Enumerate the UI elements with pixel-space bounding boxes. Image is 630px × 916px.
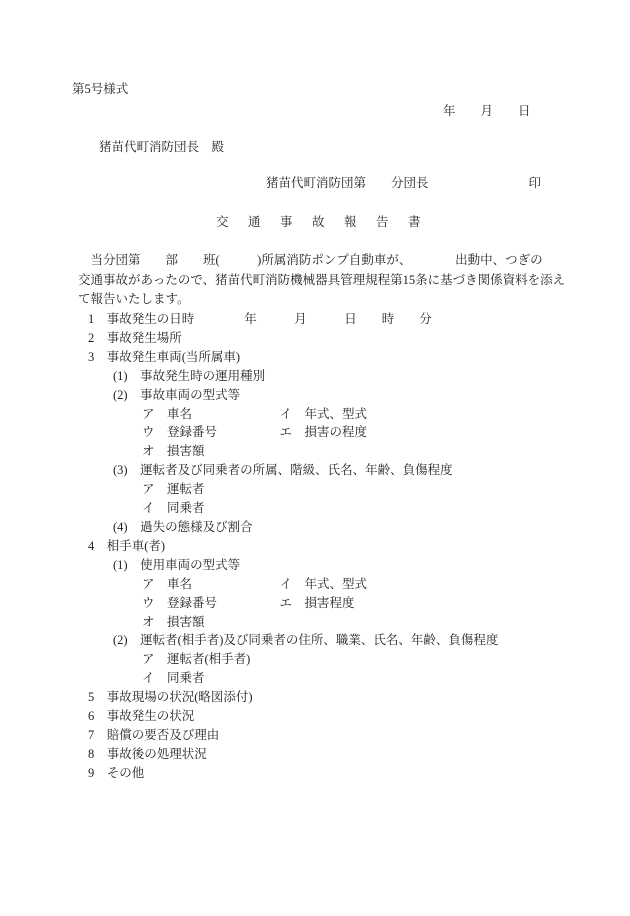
report-subitem: (3) 運転者及び同乗者の所属、階級、氏名、年齢、負傷程度 bbox=[88, 461, 498, 480]
intro-paragraph: 当分団第 部 班( )所属消防ポンプ自動車が、 出動中、つぎの 交通事故があった… bbox=[78, 251, 565, 310]
report-subsubitem: オ 損害額 bbox=[88, 442, 498, 461]
sender-signature-line: 猪苗代町消防団第 分団長 印 bbox=[266, 176, 541, 191]
date-blank-line: 年 月 日 bbox=[443, 104, 531, 119]
report-subitem: (2) 事故車両の型式等 bbox=[88, 386, 498, 405]
report-subsubitem: ア 運転者 bbox=[88, 480, 498, 499]
report-subitem: (1) 事故発生時の運用種別 bbox=[88, 367, 498, 386]
intro-line: 交通事故があったので、猪苗代町消防機械器具管理規程第15条に基づき関係資料を添え bbox=[78, 271, 565, 291]
report-item: 4 相手車(者) bbox=[88, 537, 498, 556]
report-item: 5 事故現場の状況(略図添付) bbox=[88, 688, 498, 707]
report-subsubitem: ウ 登録番号 エ 損害程度 bbox=[88, 594, 498, 613]
report-subsubitem: イ 同乗者 bbox=[88, 499, 498, 518]
addressee-line: 猪苗代町消防団長 殿 bbox=[99, 140, 224, 155]
document-page: 第5号様式 年 月 日 猪苗代町消防団長 殿 猪苗代町消防団第 分団長 印 交 … bbox=[0, 0, 630, 916]
intro-line: て報告いたします。 bbox=[78, 290, 565, 310]
report-item: 9 その他 bbox=[88, 764, 498, 783]
report-item: 2 事故発生場所 bbox=[88, 329, 498, 348]
report-subsubitem: ウ 登録番号 エ 損害の程度 bbox=[88, 423, 498, 442]
report-subsubitem: イ 同乗者 bbox=[88, 669, 498, 688]
report-subsubitem: ア 車名 イ 年式、型式 bbox=[88, 575, 498, 594]
report-item-list: 1 事故発生の日時 年 月 日 時 分 2 事故発生場所 3 事故発生車両(当所… bbox=[88, 310, 498, 783]
report-subitem: (2) 運転者(相手者)及び同乗者の住所、職業、氏名、年齢、負傷程度 bbox=[88, 631, 498, 650]
report-subsubitem: ア 運転者(相手者) bbox=[88, 650, 498, 669]
report-subitem: (1) 使用車両の型式等 bbox=[88, 556, 498, 575]
form-number: 第5号様式 bbox=[72, 82, 128, 97]
intro-line: 当分団第 部 班( )所属消防ポンプ自動車が、 出動中、つぎの bbox=[78, 251, 565, 271]
report-subsubitem: オ 損害額 bbox=[88, 613, 498, 632]
report-item: 3 事故発生車両(当所属車) bbox=[88, 348, 498, 367]
report-subsubitem: ア 車名 イ 年式、型式 bbox=[88, 405, 498, 424]
report-title: 交 通 事 故 報 告 書 bbox=[216, 215, 424, 230]
report-item: 1 事故発生の日時 年 月 日 時 分 bbox=[88, 310, 498, 329]
report-item: 7 賠償の要否及び理由 bbox=[88, 726, 498, 745]
report-item: 8 事故後の処理状況 bbox=[88, 745, 498, 764]
report-subitem: (4) 過失の態様及び割合 bbox=[88, 518, 498, 537]
report-item: 6 事故発生の状況 bbox=[88, 707, 498, 726]
